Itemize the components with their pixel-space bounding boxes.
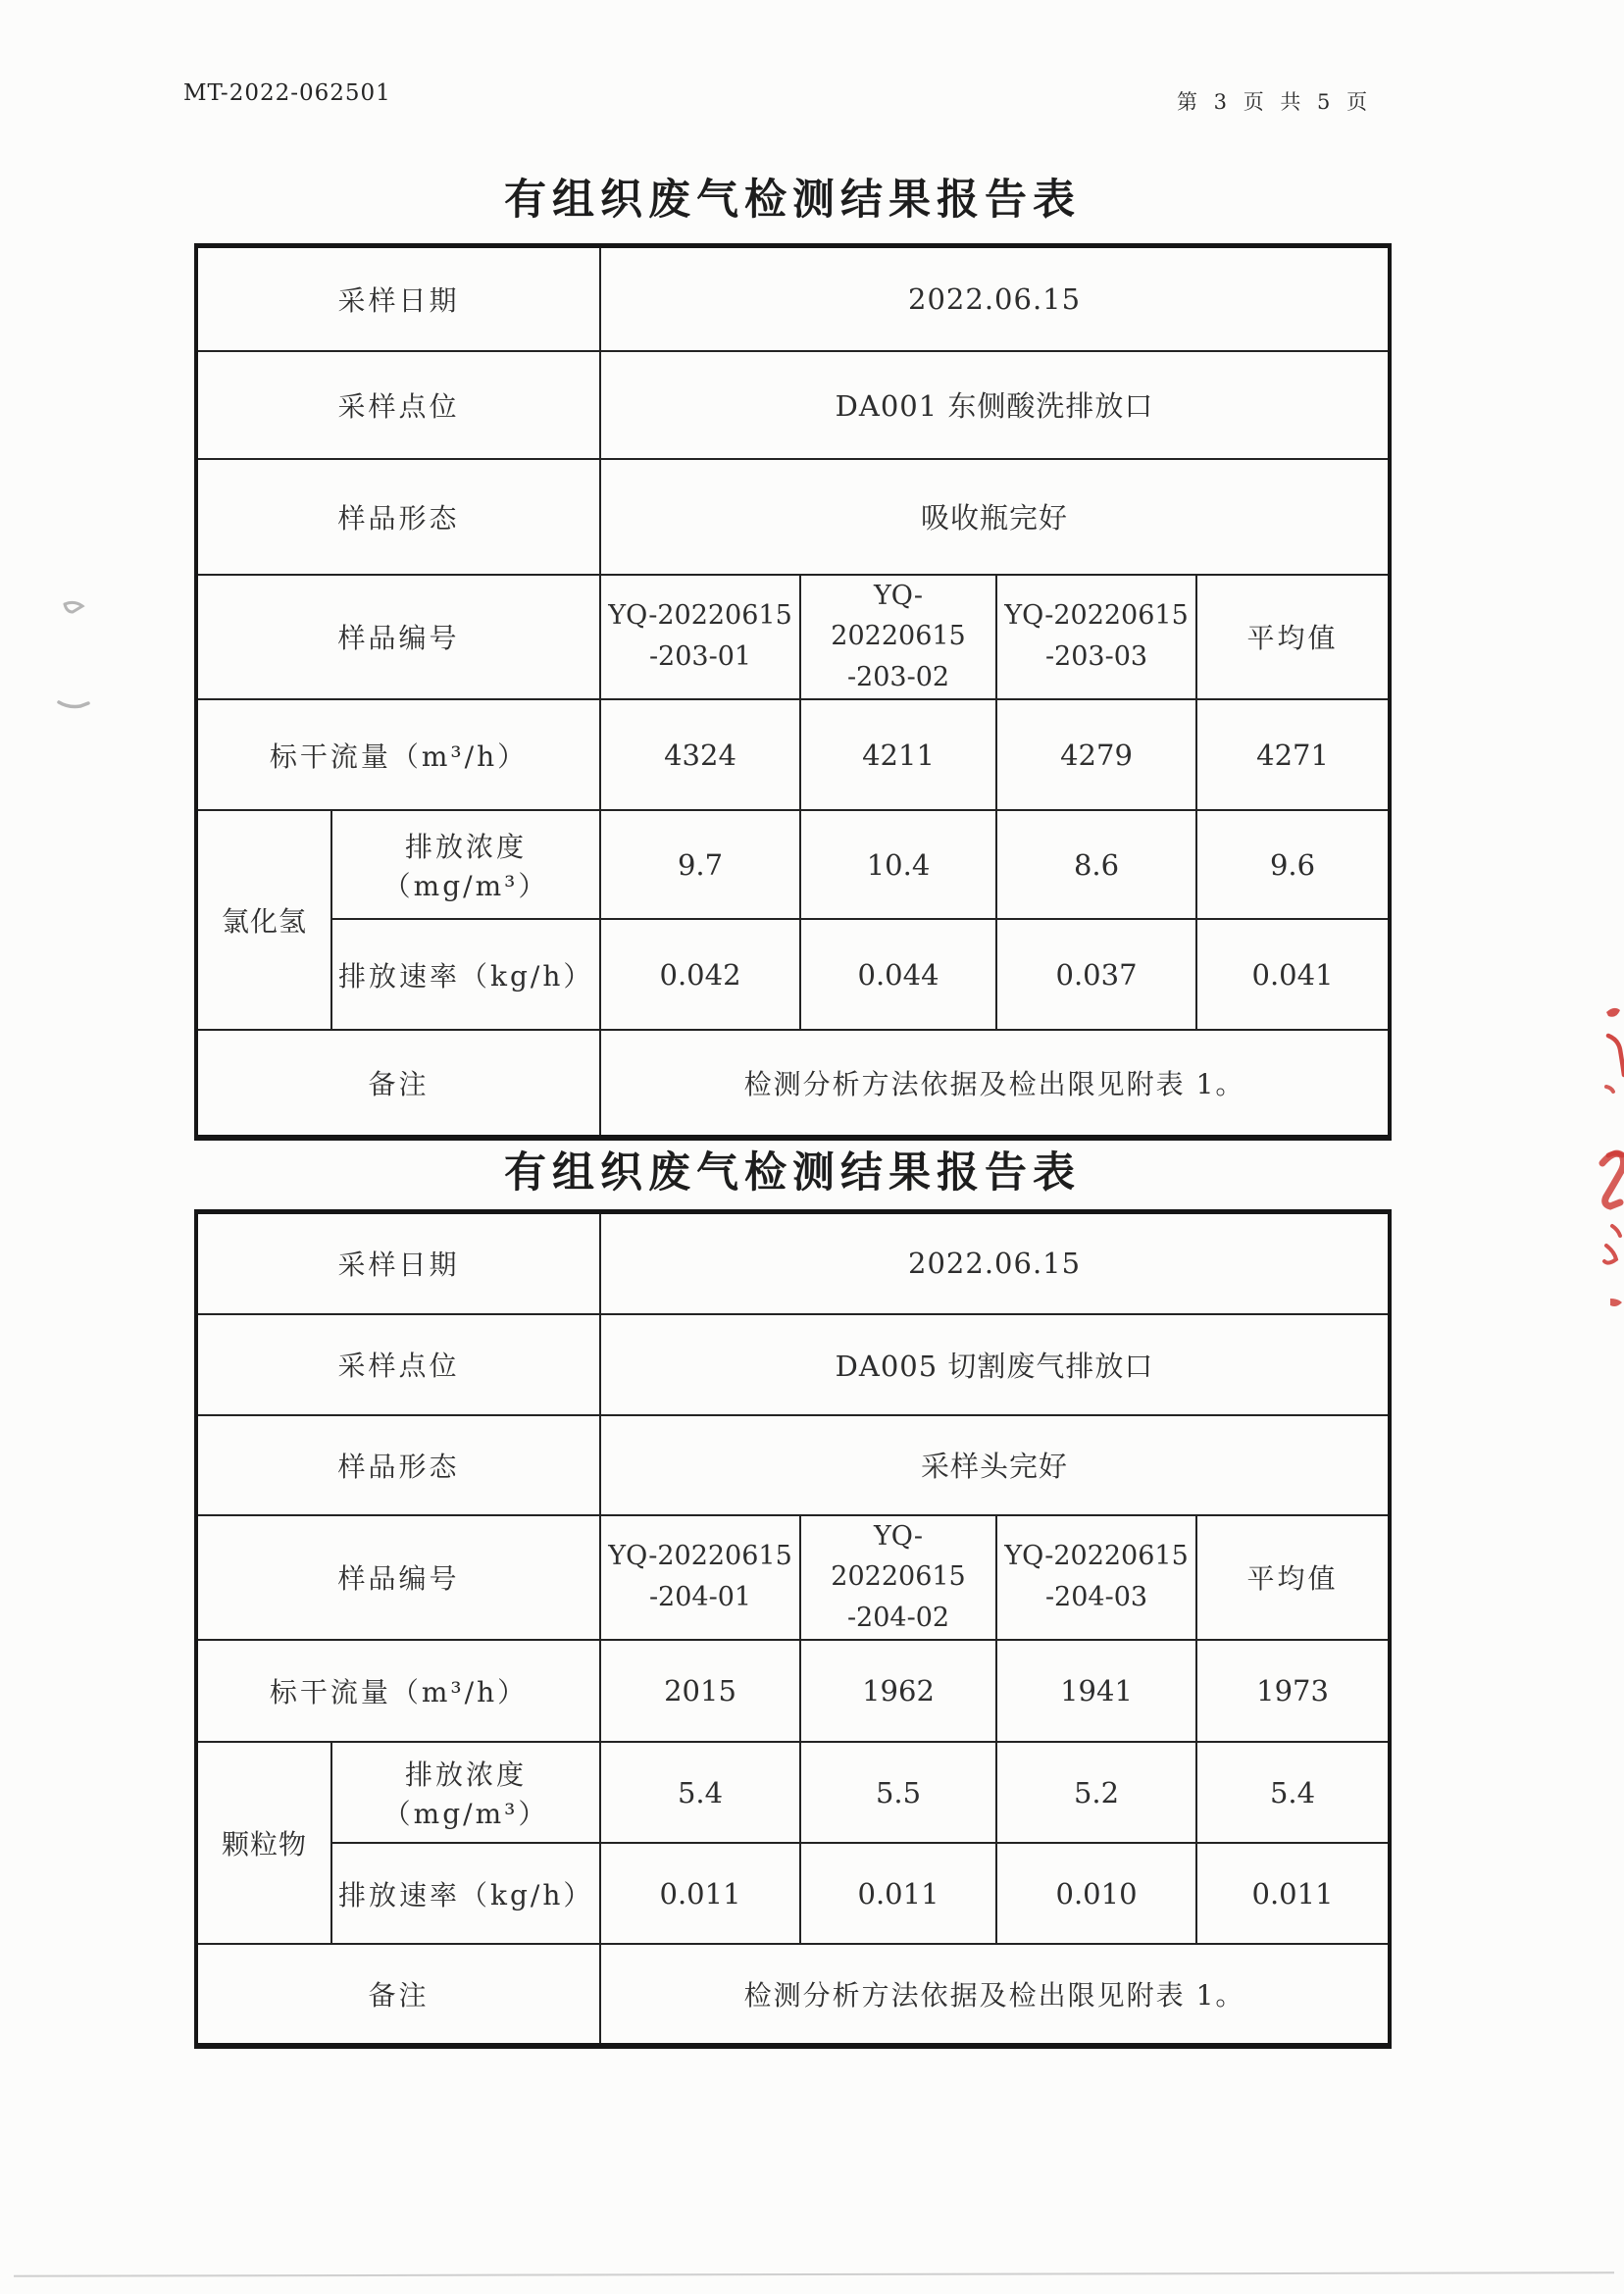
average-column-header: 平均值 [1196,1515,1390,1641]
table-row: 颗粒物 排放浓度（mg/m³） 5.4 5.5 5.2 5.4 [196,1742,1390,1843]
row-label-emission-rate: 排放速率（kg/h） [331,1843,600,1944]
row-label-concentration: 排放浓度（mg/m³） [331,1742,600,1843]
table-row: 标干流量（m³/h） 2015 1962 1941 1973 [196,1640,1390,1742]
rate-average-cell: 0.011 [1196,1843,1390,1944]
rate-value-cell: 0.011 [800,1843,996,1944]
scanned-report-page: MT-2022-062501 第 3 页 共 5 页 有组织废气检测结果报告表 … [0,0,1624,2294]
rate-average-cell: 0.041 [1196,919,1390,1030]
flow-value-cell: 2015 [600,1640,800,1742]
table-row: 样品编号 YQ-20220615 -204-01 YQ-20220615 -20… [196,1515,1390,1641]
flow-value-cell: 4324 [600,699,800,810]
concentration-value-cell: 5.4 [600,1742,800,1843]
row-label-flow: 标干流量（m³/h） [196,1640,600,1742]
report-title-2: 有组织废气检测结果报告表 [196,1140,1389,1199]
concentration-value-cell: 9.7 [600,810,800,919]
scan-artifact-marks [51,588,110,726]
table-row: 排放速率（kg/h） 0.011 0.011 0.010 0.011 [196,1843,1390,1944]
concentration-value-cell: 10.4 [800,810,996,919]
sample-id-cell: YQ-20220615 -203-01 [600,575,800,700]
table-row: 备注 检测分析方法依据及检出限见附表 1。 [196,1944,1390,2046]
row-label-remark: 备注 [196,1944,600,2046]
flow-value-cell: 4279 [996,699,1196,810]
sampling-date-value: 2022.06.15 [600,246,1390,351]
row-label-emission-rate: 排放速率（kg/h） [331,919,600,1030]
table-row: 采样点位 DA005 切割废气排放口 [196,1314,1390,1415]
sample-id-cell: YQ-20220615 -203-02 [800,575,996,700]
remark-value: 检测分析方法依据及检出限见附表 1。 [600,1030,1390,1138]
row-label-sample-no: 样品编号 [196,1515,600,1641]
concentration-value-cell: 5.5 [800,1742,996,1843]
row-label-sampling-point: 采样点位 [196,351,600,459]
table-row: 标干流量（m³/h） 4324 4211 4279 4271 [196,699,1390,810]
sample-id-cell: YQ-20220615 -204-01 [600,1515,800,1641]
sample-condition-value: 采样头完好 [600,1415,1390,1515]
sample-id-cell: YQ-20220615 -204-03 [996,1515,1196,1641]
table-row: 氯化氢 排放浓度（mg/m³） 9.7 10.4 8.6 9.6 [196,810,1390,919]
rate-value-cell: 0.044 [800,919,996,1030]
table-row: 采样日期 2022.06.15 [196,246,1390,351]
flow-average-cell: 4271 [1196,699,1390,810]
row-label-flow: 标干流量（m³/h） [196,699,600,810]
concentration-average-cell: 5.4 [1196,1742,1390,1843]
flow-value-cell: 1962 [800,1640,996,1742]
row-label-sample-condition: 样品形态 [196,459,600,575]
report-table-1-grid: 采样日期 2022.06.15 采样点位 DA001 东侧酸洗排放口 样品形态 … [194,243,1392,1141]
report-table-2: 采样日期 2022.06.15 采样点位 DA005 切割废气排放口 样品形态 … [194,1209,1388,2049]
row-label-sampling-date: 采样日期 [196,1212,600,1314]
table-row: 样品形态 采样头完好 [196,1415,1390,1515]
row-label-sampling-date: 采样日期 [196,246,600,351]
average-column-header: 平均值 [1196,575,1390,700]
report-title-1: 有组织废气检测结果报告表 [196,167,1389,227]
page-number-indicator: 第 3 页 共 5 页 [1177,86,1369,116]
row-label-sample-condition: 样品形态 [196,1415,600,1515]
concentration-value-cell: 5.2 [996,1742,1196,1843]
rate-value-cell: 0.042 [600,919,800,1030]
rate-value-cell: 0.011 [600,1843,800,1944]
table-row: 采样点位 DA001 东侧酸洗排放口 [196,351,1390,459]
report-table-2-grid: 采样日期 2022.06.15 采样点位 DA005 切割废气排放口 样品形态 … [194,1209,1392,2049]
table-row: 备注 检测分析方法依据及检出限见附表 1。 [196,1030,1390,1138]
sample-condition-value: 吸收瓶完好 [600,459,1390,575]
rate-value-cell: 0.037 [996,919,1196,1030]
table-row: 排放速率（kg/h） 0.042 0.044 0.037 0.041 [196,919,1390,1030]
report-table-1: 采样日期 2022.06.15 采样点位 DA001 东侧酸洗排放口 样品形态 … [194,243,1388,1141]
concentration-average-cell: 9.6 [1196,810,1390,919]
flow-value-cell: 4211 [800,699,996,810]
pollutant-name-cell: 颗粒物 [196,1742,331,1944]
table-row: 样品编号 YQ-20220615 -203-01 YQ-20220615 -20… [196,575,1390,700]
sampling-point-value: DA005 切割废气排放口 [600,1314,1390,1415]
red-annotation-marks [1583,998,1624,1322]
sample-id-cell: YQ-20220615 -203-03 [996,575,1196,700]
flow-average-cell: 1973 [1196,1640,1390,1742]
row-label-sampling-point: 采样点位 [196,1314,600,1415]
scan-page-edge-line [14,2271,1614,2276]
concentration-value-cell: 8.6 [996,810,1196,919]
table-row: 样品形态 吸收瓶完好 [196,459,1390,575]
row-label-sample-no: 样品编号 [196,575,600,700]
row-label-remark: 备注 [196,1030,600,1138]
sampling-point-value: DA001 东侧酸洗排放口 [600,351,1390,459]
pollutant-name-cell: 氯化氢 [196,810,331,1030]
sampling-date-value: 2022.06.15 [600,1212,1390,1314]
flow-value-cell: 1941 [996,1640,1196,1742]
sample-id-cell: YQ-20220615 -204-02 [800,1515,996,1641]
rate-value-cell: 0.010 [996,1843,1196,1944]
remark-value: 检测分析方法依据及检出限见附表 1。 [600,1944,1390,2046]
document-number: MT-2022-062501 [183,80,391,106]
table-row: 采样日期 2022.06.15 [196,1212,1390,1314]
row-label-concentration: 排放浓度（mg/m³） [331,810,600,919]
